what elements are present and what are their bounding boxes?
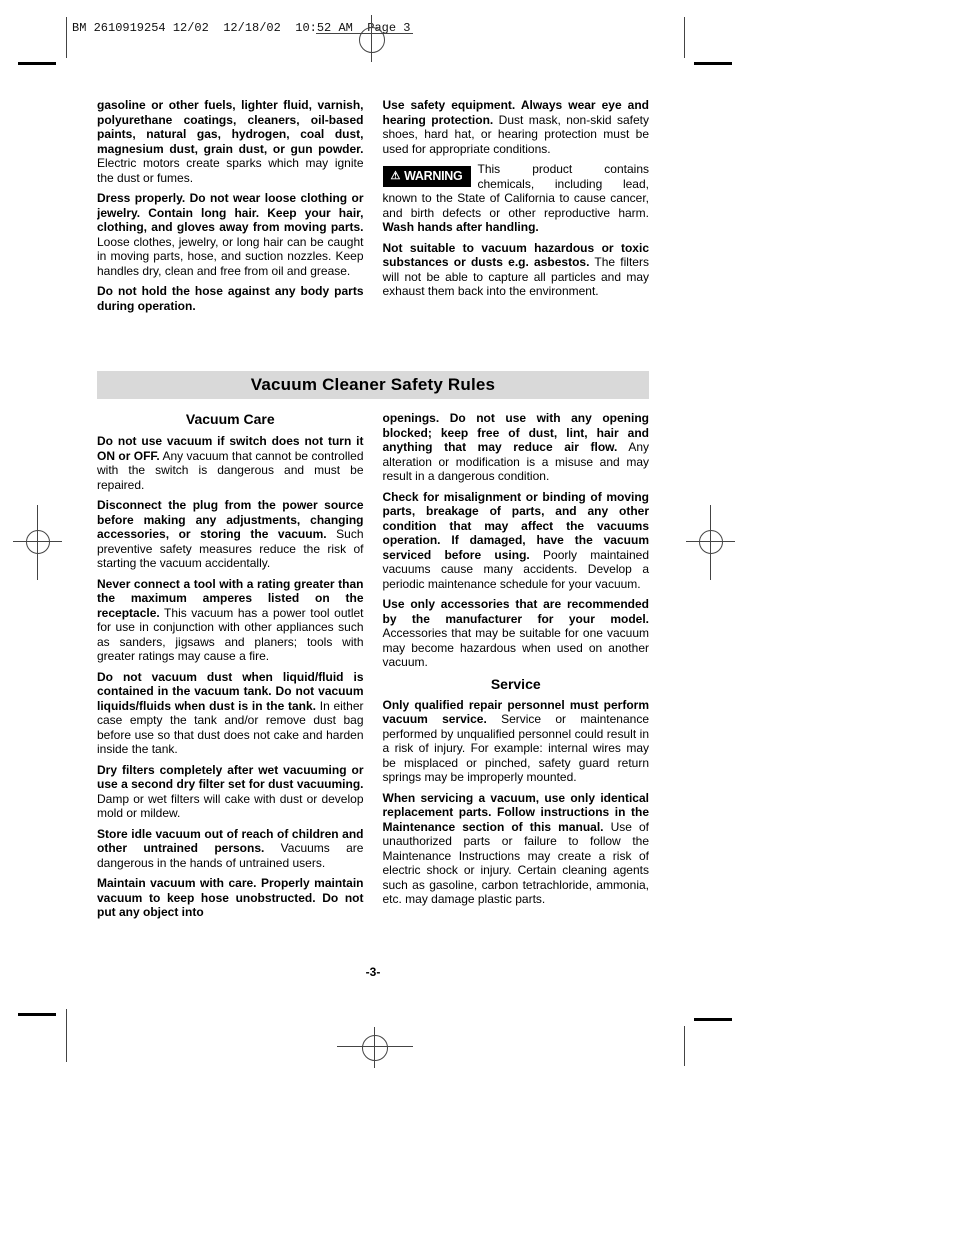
paragraph: Do not use vacuum if switch does not tur… bbox=[97, 434, 364, 492]
intro-right-column: Use safety equipment. Always wear eye an… bbox=[383, 98, 650, 305]
service-paragraphs: Only qualified repair personnel must per… bbox=[383, 698, 650, 907]
rules-row: Vacuum Care Do not use vacuum if switch … bbox=[97, 411, 649, 926]
rules-right-column: openings. Do not use with any opening bl… bbox=[383, 411, 650, 913]
crop-mark-bottom-left-vertical bbox=[66, 1009, 67, 1062]
crop-mark-bottom-right-bar bbox=[694, 1018, 732, 1021]
crop-mark-bottom-left-bar bbox=[18, 1013, 56, 1016]
warning-icon: ⚠ bbox=[391, 171, 401, 182]
registration-mark-bottom-circle bbox=[362, 1035, 388, 1061]
bold-text-run: Disconnect the plug from the power sourc… bbox=[97, 498, 364, 541]
paragraph: Disconnect the plug from the power sourc… bbox=[97, 498, 364, 571]
text-run: Damp or wet filters will cake with dust … bbox=[97, 792, 364, 821]
crop-mark-top-left-bar bbox=[18, 62, 56, 65]
paragraph: openings. Do not use with any opening bl… bbox=[383, 411, 650, 484]
page-content: gasoline or other fuels, lighter fluid, … bbox=[97, 98, 649, 926]
crop-mark-bottom-right-vertical bbox=[684, 1026, 685, 1066]
section-title: Vacuum Cleaner Safety Rules bbox=[251, 375, 495, 395]
subsection-heading-vacuum-care: Vacuum Care bbox=[97, 411, 364, 427]
paragraph: Only qualified repair personnel must per… bbox=[383, 698, 650, 785]
text-run: Loose clothes, jewelry, or long hair can… bbox=[97, 235, 364, 278]
rules-right-paragraphs: openings. Do not use with any opening bl… bbox=[383, 411, 650, 670]
paragraph: Do not vacuum dust when liquid/fluid is … bbox=[97, 670, 364, 757]
text-run: Electric motors create sparks which may … bbox=[97, 156, 364, 185]
warning-label: WARNING bbox=[404, 169, 462, 184]
bold-text-run: openings. Do not use with any opening bl… bbox=[383, 411, 650, 454]
bold-text-run: gasoline or other fuels, lighter fluid, … bbox=[97, 98, 364, 156]
registration-mark-left-circle bbox=[26, 530, 50, 554]
paragraph: ⚠WARNINGThis product contains chemicals,… bbox=[383, 162, 650, 235]
registration-mark-right-circle bbox=[699, 530, 723, 554]
bold-text-run: Dry filters completely after wet vacuumi… bbox=[97, 763, 364, 792]
paragraph: Dress properly. Do not wear loose clothi… bbox=[97, 191, 364, 278]
warning-badge: ⚠WARNING bbox=[383, 166, 471, 187]
bold-text-run: Wash hands after handling. bbox=[383, 220, 539, 234]
vacuum-care-paragraphs: Do not use vacuum if switch does not tur… bbox=[97, 434, 364, 920]
paragraph: When servicing a vacuum, use only identi… bbox=[383, 791, 650, 907]
paragraph: Check for misalignment or binding of mov… bbox=[383, 490, 650, 592]
registration-mark-top-circle bbox=[359, 27, 385, 53]
paragraph: Dry filters completely after wet vacuumi… bbox=[97, 763, 364, 821]
paragraph: gasoline or other fuels, lighter fluid, … bbox=[97, 98, 364, 185]
bold-text-run: Use only accessories that are recommende… bbox=[383, 597, 650, 626]
crop-mark-top-right-vertical bbox=[684, 17, 685, 58]
paragraph: Use safety equipment. Always wear eye an… bbox=[383, 98, 650, 156]
bold-text-run: Maintain vacuum with care. Properly main… bbox=[97, 876, 364, 919]
paragraph: Maintain vacuum with care. Properly main… bbox=[97, 876, 364, 920]
crop-mark-top-left-vertical bbox=[66, 17, 67, 58]
section-title-band: Vacuum Cleaner Safety Rules bbox=[97, 371, 649, 399]
paragraph: Use only accessories that are recommende… bbox=[383, 597, 650, 670]
subsection-heading-service: Service bbox=[383, 676, 650, 692]
vacuum-care-column: Vacuum Care Do not use vacuum if switch … bbox=[97, 411, 364, 926]
bold-text-run: Dress properly. Do not wear loose clothi… bbox=[97, 191, 364, 234]
paragraph: Do not hold the hose against any body pa… bbox=[97, 284, 364, 313]
bold-text-run: Do not hold the hose against any body pa… bbox=[97, 284, 364, 313]
page-number: -3- bbox=[97, 965, 649, 979]
paragraph: Not suitable to vacuum hazardous or toxi… bbox=[383, 241, 650, 299]
intro-row: gasoline or other fuels, lighter fluid, … bbox=[97, 98, 649, 371]
paragraph: Never connect a tool with a rating great… bbox=[97, 577, 364, 664]
text-run: Accessories that may be suitable for one… bbox=[383, 626, 650, 669]
intro-left-column: gasoline or other fuels, lighter fluid, … bbox=[97, 98, 364, 319]
crop-mark-top-right-bar bbox=[694, 62, 732, 65]
paragraph: Store idle vacuum out of reach of childr… bbox=[97, 827, 364, 871]
